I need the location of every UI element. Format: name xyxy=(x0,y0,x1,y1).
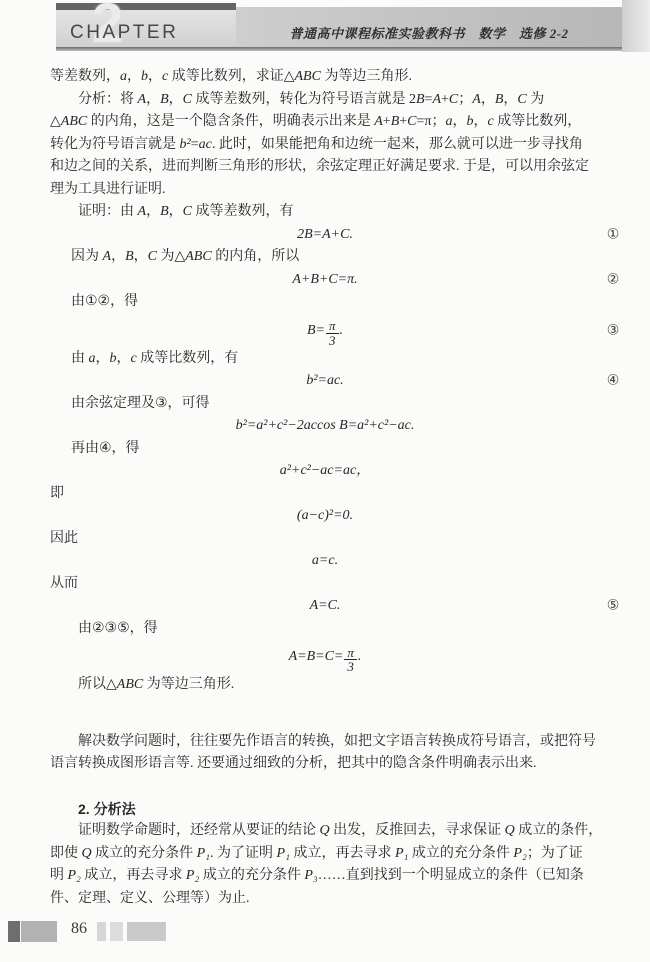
decorative-mark xyxy=(110,922,123,941)
math-expression: a²+c²−ac=ac， xyxy=(280,463,370,478)
text-line: 语言转换成图形语言等. 还要通过细致的分析，把其中的隐含条件明确表示出来. xyxy=(50,753,600,776)
chapter-banner: 2 CHAPTER 普通高中课程标准实验教科书 数学 选修 2-2 xyxy=(0,0,650,56)
math-expression: 2B=A+C. xyxy=(297,227,353,242)
text-line: 即使 Q 成立的充分条件 P₁. 为了证明 P₁ 成立，再去寻求 P₁ 成立的充… xyxy=(50,843,600,866)
formula-line: B=π3.③ xyxy=(50,314,600,348)
math-expression: (a−c)²=0. xyxy=(297,508,353,523)
math-expression: A+B+C=π. xyxy=(292,272,357,287)
text-line: 所以△ABC 为等边三角形. xyxy=(50,674,600,697)
book-title: 普通高中课程标准实验教科书 数学 选修 2-2 xyxy=(289,14,568,42)
equation-number: ③ xyxy=(602,322,624,339)
text-line: 由①②，得 xyxy=(50,291,600,314)
text-line: 转化为符号语言就是 b²=ac. 此时，如果能把角和边统一起来，那么就可以进一步… xyxy=(50,134,600,157)
decorative-mark xyxy=(21,921,57,942)
equation-number: ① xyxy=(602,226,624,243)
text-line: 由 a，b，c 成等比数列，有 xyxy=(50,348,600,371)
fraction: π3 xyxy=(344,646,357,674)
text-line: 证明数学命题时，还经常从要证的结论 Q 出发，反推回去，寻求保证 Q 成立的条件… xyxy=(50,820,600,843)
text-line: 等差数列，a，b，c 成等比数列，求证△ABC 为等边三角形. xyxy=(50,66,600,89)
spacer xyxy=(50,776,600,798)
page-edge-shading xyxy=(622,0,650,52)
text-line: 从而 xyxy=(50,573,600,596)
math-expression: A=C. xyxy=(310,598,341,613)
text-line: △ABC 的内角，这是一个隐含条件，明确表示出来是 A+B+C=π；a，b，c … xyxy=(50,111,600,134)
fraction: π3 xyxy=(326,319,339,347)
decorative-mark xyxy=(8,921,20,942)
text-line: 证明：由 A，B，C 成等差数列，有 xyxy=(50,201,600,224)
math-expression: b²=a²+c²−2accos B=a²+c²−ac. xyxy=(236,418,415,433)
math-expression: a=c. xyxy=(312,553,338,568)
formula-line: 2B=A+C.① xyxy=(50,224,600,247)
page-footer: 86 xyxy=(0,919,650,945)
equation-number: ② xyxy=(602,271,624,288)
text-line: 由余弦定理及③，可得 xyxy=(50,393,600,416)
text-line: 明 P₂ 成立，再去寻求 P₂ 成立的充分条件 P₃……直到找到一个明显成立的条… xyxy=(50,865,600,888)
text-line: 由②③⑤，得 xyxy=(50,618,600,641)
math-expression: B=π3. xyxy=(307,323,343,338)
text-line: 件、定理、定义、公理等）为止. xyxy=(50,888,600,911)
text-line: 即 xyxy=(50,483,600,506)
formula-line: A=C.⑤ xyxy=(50,595,600,618)
spacer xyxy=(50,697,600,731)
chapter-label: CHAPTER xyxy=(70,22,178,44)
banner-shadow xyxy=(56,47,622,51)
formula-line: A+B+C=π.② xyxy=(50,269,600,292)
equation-number: ⑤ xyxy=(602,598,624,615)
equation-number: ④ xyxy=(602,373,624,390)
decorative-mark xyxy=(127,922,166,941)
text-line: 和边之间的关系，进而判断三角形的形状，余弦定理正好满足要求. 于是，可以用余弦定 xyxy=(50,156,600,179)
text-line: 分析：将 A，B，C 成等差数列，转化为符号语言就是 2B=A+C；A，B，C … xyxy=(50,89,600,112)
math-expression: A=B=C=π3. xyxy=(289,649,362,664)
formula-line: a=c. xyxy=(50,550,600,573)
text-line: 因此 xyxy=(50,528,600,551)
text-line: 理为工具进行证明. xyxy=(50,179,600,202)
page-number: 86 xyxy=(62,920,96,938)
page-body: 等差数列，a，b，c 成等比数列，求证△ABC 为等边三角形.分析：将 A，B，… xyxy=(0,54,650,910)
chapter-banner-left: 2 CHAPTER xyxy=(56,3,236,48)
formula-line: A=B=C=π3. xyxy=(50,640,600,674)
math-expression: b²=ac. xyxy=(306,373,343,388)
textbook-page: 2 CHAPTER 普通高中课程标准实验教科书 数学 选修 2-2 等差数列，a… xyxy=(0,0,650,962)
text-line: 因为 A，B，C 为△ABC 的内角，所以 xyxy=(50,246,600,269)
section-heading: 2. 分析法 xyxy=(50,798,600,821)
text-line: 再由④，得 xyxy=(50,438,600,461)
formula-line: (a−c)²=0. xyxy=(50,505,600,528)
decorative-mark xyxy=(97,922,106,941)
banner-top-bar xyxy=(56,3,236,10)
formula-line: a²+c²−ac=ac， xyxy=(50,460,600,483)
chapter-banner-right: 普通高中课程标准实验教科书 数学 选修 2-2 xyxy=(236,7,622,48)
text-line: 解决数学问题时，往往要先作语言的转换，如把文字语言转换成符号语言，或把符号 xyxy=(50,731,600,754)
formula-line: b²=a²+c²−2accos B=a²+c²−ac. xyxy=(50,415,600,438)
formula-line: b²=ac.④ xyxy=(50,370,600,393)
